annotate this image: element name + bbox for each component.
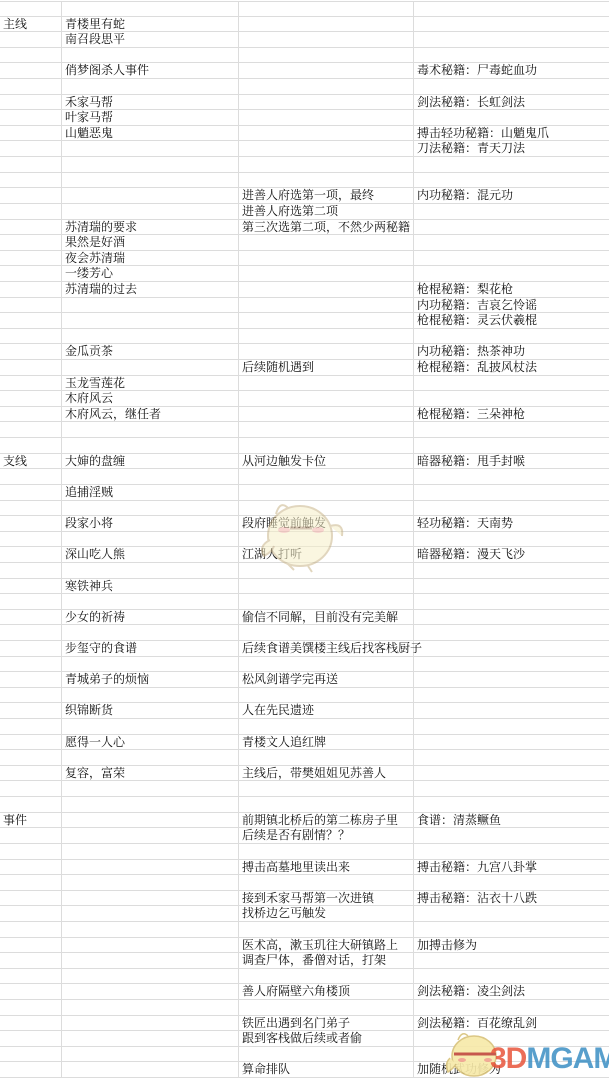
reward-cell[interactable] xyxy=(414,1000,609,1015)
table-row: 善人府隔壁六角楼顶剑法秘籍：凌尘剑法 xyxy=(0,984,609,1000)
reward-cell[interactable]: 毒术秘籍：尸毒蛇血功 xyxy=(414,63,609,78)
note-cell[interactable]: 主线后，带樊姐姐见苏善人 xyxy=(239,766,414,781)
note-cell[interactable] xyxy=(239,344,414,359)
reward-cell[interactable]: 枪棍秘籍：乱披风杖法 xyxy=(414,360,609,375)
reward-cell[interactable] xyxy=(414,750,609,765)
reward-cell[interactable]: 剑法秘籍：凌尘剑法 xyxy=(414,984,609,999)
table-row: 织锦断货人在先民遗迹 xyxy=(0,703,609,719)
reward-cell[interactable] xyxy=(414,625,609,640)
note-cell[interactable]: 医术高，漱玉玑往大研镇路上 xyxy=(239,938,414,953)
quest-cell[interactable] xyxy=(62,781,239,796)
reward-cell[interactable]: 食谱：清蒸鳜鱼 xyxy=(414,813,609,828)
quest-cell[interactable] xyxy=(62,813,239,828)
quest-cell[interactable] xyxy=(62,360,239,375)
note-cell[interactable] xyxy=(239,781,414,796)
category-cell[interactable] xyxy=(0,2,62,16)
reward-cell[interactable]: 剑法秘籍：长虹剑法 xyxy=(414,95,609,110)
note-cell[interactable] xyxy=(239,875,414,890)
reward-cell[interactable] xyxy=(414,766,609,781)
note-cell[interactable] xyxy=(239,157,414,172)
note-cell[interactable] xyxy=(239,563,414,578)
reward-cell[interactable] xyxy=(414,157,609,172)
note-cell[interactable]: 进善人府选第二项 xyxy=(239,204,414,219)
category-cell[interactable] xyxy=(0,891,62,906)
quest-cell[interactable]: 木府风云，继任者 xyxy=(62,407,239,422)
note-cell[interactable] xyxy=(239,719,414,734)
note-cell[interactable] xyxy=(239,391,414,406)
quest-cell[interactable]: 山魈恶鬼 xyxy=(62,126,239,141)
reward-cell[interactable] xyxy=(414,969,609,984)
reward-cell[interactable]: 剑法秘籍：百花缭乱剑 xyxy=(414,1016,609,1031)
quest-cell[interactable] xyxy=(62,625,239,640)
quest-cell[interactable] xyxy=(62,563,239,578)
category-cell[interactable]: 主线 xyxy=(0,17,62,32)
reward-cell[interactable] xyxy=(414,422,609,437)
category-cell[interactable] xyxy=(0,797,62,812)
category-cell[interactable] xyxy=(0,157,62,172)
cell-text: 食谱：清蒸鳜鱼 xyxy=(417,813,501,827)
note-cell[interactable] xyxy=(239,141,414,156)
category-cell[interactable] xyxy=(0,641,62,656)
quest-cell[interactable] xyxy=(62,891,239,906)
reward-cell[interactable]: 内功秘籍：混元功 xyxy=(414,188,609,203)
category-cell[interactable] xyxy=(0,735,62,750)
category-cell[interactable] xyxy=(0,828,62,843)
reward-cell[interactable] xyxy=(414,266,609,281)
quest-cell[interactable]: 愿得一人心 xyxy=(62,735,239,750)
note-cell[interactable] xyxy=(239,79,414,94)
note-cell[interactable] xyxy=(239,422,414,437)
category-cell[interactable] xyxy=(0,391,62,406)
category-cell[interactable]: 支线 xyxy=(0,454,62,469)
reward-cell[interactable] xyxy=(414,438,609,453)
table-row xyxy=(0,688,609,704)
note-cell[interactable] xyxy=(239,282,414,297)
category-cell[interactable] xyxy=(0,969,62,984)
quest-cell[interactable] xyxy=(62,953,239,968)
category-cell[interactable] xyxy=(0,188,62,203)
category-cell[interactable] xyxy=(0,422,62,437)
reward-cell[interactable]: 搏击轻功秘籍：山魈鬼爪 xyxy=(414,126,609,141)
reward-cell[interactable] xyxy=(414,251,609,266)
quest-cell[interactable] xyxy=(62,1062,239,1077)
note-cell[interactable]: 接到禾家马帮第一次进镇 xyxy=(239,891,414,906)
note-cell[interactable] xyxy=(239,110,414,125)
reward-cell[interactable] xyxy=(414,953,609,968)
category-cell[interactable] xyxy=(0,173,62,188)
reward-cell[interactable] xyxy=(414,703,609,718)
category-cell[interactable] xyxy=(0,563,62,578)
quest-cell[interactable]: 俏梦阁杀人事件 xyxy=(62,63,239,78)
quest-cell[interactable] xyxy=(62,922,239,937)
reward-cell[interactable]: 枪棍秘籍：灵云伏羲棍 xyxy=(414,313,609,328)
note-cell[interactable] xyxy=(239,48,414,63)
reward-cell[interactable] xyxy=(414,376,609,391)
category-cell[interactable] xyxy=(0,1062,62,1077)
note-cell[interactable]: 跟到客栈做后续或者偷 xyxy=(239,1031,414,1046)
category-cell[interactable] xyxy=(0,1031,62,1046)
note-cell[interactable] xyxy=(239,235,414,250)
table-row xyxy=(0,329,609,345)
quest-cell[interactable]: 叶家马帮 xyxy=(62,110,239,125)
quest-cell[interactable] xyxy=(62,438,239,453)
table-row: 主线青楼里有蛇 xyxy=(0,17,609,33)
category-cell[interactable] xyxy=(0,501,62,516)
category-cell[interactable] xyxy=(0,204,62,219)
reward-cell[interactable]: 枪棍秘籍：梨花枪 xyxy=(414,282,609,297)
note-cell[interactable]: 铁匠出遇到名门弟子 xyxy=(239,1016,414,1031)
quest-cell[interactable] xyxy=(62,860,239,875)
quest-cell[interactable]: 追捕淫贼 xyxy=(62,485,239,500)
category-cell[interactable] xyxy=(0,141,62,156)
category-cell[interactable] xyxy=(0,32,62,47)
reward-cell[interactable] xyxy=(414,579,609,594)
reward-cell[interactable] xyxy=(414,485,609,500)
category-cell[interactable] xyxy=(0,110,62,125)
quest-cell[interactable] xyxy=(62,1047,239,1062)
reward-cell[interactable] xyxy=(414,875,609,890)
note-cell[interactable]: 青楼文人追红牌 xyxy=(239,735,414,750)
reward-cell[interactable] xyxy=(414,2,609,16)
quest-cell[interactable] xyxy=(62,719,239,734)
quest-cell[interactable] xyxy=(62,969,239,984)
reward-cell[interactable] xyxy=(414,235,609,250)
reward-cell[interactable] xyxy=(414,532,609,547)
quest-cell[interactable]: 苏清瑞的要求 xyxy=(62,220,239,235)
cell-text: 南召段思平 xyxy=(65,32,125,46)
quest-cell[interactable]: 禾家马帮 xyxy=(62,95,239,110)
quest-cell[interactable] xyxy=(62,875,239,890)
quest-cell[interactable]: 青城弟子的烦恼 xyxy=(62,672,239,687)
category-cell[interactable] xyxy=(0,532,62,547)
note-cell[interactable] xyxy=(239,532,414,547)
category-cell[interactable] xyxy=(0,594,62,609)
quest-cell[interactable] xyxy=(62,594,239,609)
quest-cell[interactable] xyxy=(62,79,239,94)
quest-cell[interactable]: 织锦断货 xyxy=(62,703,239,718)
category-cell[interactable] xyxy=(0,282,62,297)
quest-cell[interactable] xyxy=(62,906,239,921)
note-cell[interactable]: 搏击高墓地里读出来 xyxy=(239,860,414,875)
note-cell[interactable] xyxy=(239,313,414,328)
note-cell[interactable]: 找桥边乞丐触发 xyxy=(239,906,414,921)
quest-cell[interactable] xyxy=(62,422,239,437)
quest-cell[interactable] xyxy=(62,501,239,516)
category-cell[interactable] xyxy=(0,703,62,718)
brand-watermark: 3DMGAME xyxy=(490,1042,609,1076)
note-cell[interactable] xyxy=(239,32,414,47)
reward-cell[interactable] xyxy=(414,204,609,219)
quest-cell[interactable]: 大婶的盘缠 xyxy=(62,454,239,469)
quest-cell[interactable]: 步玺守的食谱 xyxy=(62,641,239,656)
reward-cell[interactable] xyxy=(414,173,609,188)
cell-text: 一缕芳心 xyxy=(65,266,113,280)
reward-cell[interactable] xyxy=(414,781,609,796)
note-cell[interactable] xyxy=(239,657,414,672)
table-row: 接到禾家马帮第一次进镇搏击秘籍：沾衣十八跌 xyxy=(0,891,609,907)
reward-cell[interactable] xyxy=(414,657,609,672)
reward-cell[interactable] xyxy=(414,110,609,125)
reward-cell[interactable] xyxy=(414,906,609,921)
quest-cell[interactable] xyxy=(62,329,239,344)
table-row xyxy=(0,532,609,548)
note-cell[interactable] xyxy=(239,298,414,313)
quest-cell[interactable] xyxy=(62,938,239,953)
quest-cell[interactable]: 深山吃人熊 xyxy=(62,547,239,562)
table-row xyxy=(0,422,609,438)
category-cell[interactable] xyxy=(0,875,62,890)
cell-text: 木府风云 xyxy=(65,391,113,405)
quest-cell[interactable] xyxy=(62,984,239,999)
note-cell[interactable] xyxy=(239,844,414,859)
category-cell[interactable] xyxy=(0,48,62,63)
category-cell[interactable] xyxy=(0,657,62,672)
note-cell[interactable]: 江湖人打听 xyxy=(239,547,414,562)
note-cell[interactable] xyxy=(239,1000,414,1015)
reward-cell[interactable] xyxy=(414,610,609,625)
category-cell[interactable] xyxy=(0,360,62,375)
category-cell[interactable] xyxy=(0,688,62,703)
reward-cell[interactable] xyxy=(414,594,609,609)
note-cell[interactable]: 松风剑谱学完再送 xyxy=(239,672,414,687)
note-cell[interactable]: 善人府隔壁六角楼顶 xyxy=(239,984,414,999)
note-cell[interactable] xyxy=(239,95,414,110)
quest-cell[interactable] xyxy=(62,204,239,219)
note-cell[interactable] xyxy=(239,329,414,344)
reward-cell[interactable] xyxy=(414,501,609,516)
category-cell[interactable] xyxy=(0,984,62,999)
note-cell[interactable]: 算命排队 xyxy=(239,1062,414,1077)
cell-text: 追捕淫贼 xyxy=(65,485,113,499)
category-cell[interactable] xyxy=(0,407,62,422)
note-cell[interactable] xyxy=(239,750,414,765)
quest-cell[interactable] xyxy=(62,844,239,859)
category-cell[interactable]: 事件 xyxy=(0,813,62,828)
quest-cell[interactable]: 段家小将 xyxy=(62,516,239,531)
note-cell[interactable] xyxy=(239,63,414,78)
note-cell[interactable]: 后续随机遇到 xyxy=(239,360,414,375)
category-cell[interactable] xyxy=(0,251,62,266)
quest-cell[interactable] xyxy=(62,797,239,812)
reward-cell[interactable]: 轻功秘籍：天南势 xyxy=(414,516,609,531)
reward-cell[interactable]: 加搏击修为 xyxy=(414,938,609,953)
category-cell[interactable] xyxy=(0,79,62,94)
table-row: 南召段思平 xyxy=(0,32,609,48)
note-cell[interactable]: 偷信不同解，目前没有完美解 xyxy=(239,610,414,625)
reward-cell[interactable]: 刀法秘籍：青天刀法 xyxy=(414,141,609,156)
quest-cell[interactable] xyxy=(62,141,239,156)
category-cell[interactable] xyxy=(0,953,62,968)
note-cell[interactable]: 后续食谱美馔楼主线后找客栈厨子 xyxy=(239,641,414,656)
reward-cell[interactable] xyxy=(414,922,609,937)
quest-cell[interactable]: 木府风云 xyxy=(62,391,239,406)
category-cell[interactable] xyxy=(0,376,62,391)
quest-cell[interactable]: 青楼里有蛇 xyxy=(62,17,239,32)
note-cell[interactable] xyxy=(239,688,414,703)
quest-cell[interactable]: 金瓜贡茶 xyxy=(62,344,239,359)
quest-cell[interactable]: 一缕芳心 xyxy=(62,266,239,281)
quest-cell[interactable] xyxy=(62,188,239,203)
note-cell[interactable] xyxy=(239,625,414,640)
note-cell[interactable] xyxy=(239,1047,414,1062)
cell-text: 复容，富荣 xyxy=(65,766,125,780)
reward-cell[interactable] xyxy=(414,79,609,94)
category-cell[interactable] xyxy=(0,235,62,250)
cell-text: 剑法秘籍：百花缭乱剑 xyxy=(417,1016,537,1030)
category-cell[interactable] xyxy=(0,781,62,796)
quest-cell[interactable] xyxy=(62,688,239,703)
category-cell[interactable] xyxy=(0,313,62,328)
quest-cell[interactable] xyxy=(62,2,239,16)
note-cell[interactable]: 第三次选第二项，不然少两秘籍 xyxy=(239,220,414,235)
note-cell[interactable] xyxy=(239,2,414,16)
note-cell[interactable]: 人在先民遗迹 xyxy=(239,703,414,718)
category-cell[interactable] xyxy=(0,298,62,313)
reward-cell[interactable] xyxy=(414,48,609,63)
note-cell[interactable]: 段府睡觉前触发 xyxy=(239,516,414,531)
category-cell[interactable] xyxy=(0,625,62,640)
reward-cell[interactable] xyxy=(414,563,609,578)
category-cell[interactable] xyxy=(0,1016,62,1031)
note-cell[interactable] xyxy=(239,501,414,516)
reward-cell[interactable] xyxy=(414,641,609,656)
reward-cell[interactable] xyxy=(414,17,609,32)
note-cell[interactable] xyxy=(239,594,414,609)
reward-cell[interactable] xyxy=(414,672,609,687)
quest-cell[interactable] xyxy=(62,298,239,313)
quest-cell[interactable] xyxy=(62,313,239,328)
reward-cell[interactable] xyxy=(414,469,609,484)
quest-cell[interactable] xyxy=(62,750,239,765)
note-cell[interactable] xyxy=(239,173,414,188)
category-cell[interactable] xyxy=(0,906,62,921)
reward-cell[interactable]: 搏击秘籍：沾衣十八跌 xyxy=(414,891,609,906)
quest-cell[interactable]: 少女的祈祷 xyxy=(62,610,239,625)
quest-cell[interactable]: 南召段思平 xyxy=(62,32,239,47)
quest-cell[interactable]: 寒铁神兵 xyxy=(62,579,239,594)
table-row xyxy=(0,750,609,766)
category-cell[interactable] xyxy=(0,266,62,281)
note-cell[interactable] xyxy=(239,469,414,484)
category-cell[interactable] xyxy=(0,1047,62,1062)
cell-text: 善人府隔壁六角楼顶 xyxy=(242,984,350,998)
table-row: 找桥边乞丐触发 xyxy=(0,906,609,922)
category-cell[interactable] xyxy=(0,750,62,765)
category-cell[interactable] xyxy=(0,220,62,235)
category-cell[interactable] xyxy=(0,516,62,531)
category-cell[interactable] xyxy=(0,344,62,359)
reward-cell[interactable]: 暗器秘籍：甩手封喉 xyxy=(414,454,609,469)
quest-cell[interactable]: 夜会苏清瑞 xyxy=(62,251,239,266)
category-cell[interactable] xyxy=(0,719,62,734)
category-cell[interactable] xyxy=(0,766,62,781)
table-row xyxy=(0,48,609,64)
category-cell[interactable] xyxy=(0,329,62,344)
note-cell[interactable] xyxy=(239,579,414,594)
reward-cell[interactable]: 枪棍秘籍：三朵神枪 xyxy=(414,407,609,422)
quest-cell[interactable] xyxy=(62,157,239,172)
note-cell[interactable] xyxy=(239,17,414,32)
quest-cell[interactable]: 苏清瑞的过去 xyxy=(62,282,239,297)
category-cell[interactable] xyxy=(0,485,62,500)
quest-cell[interactable] xyxy=(62,532,239,547)
reward-cell[interactable]: 暗器秘籍：漫天飞沙 xyxy=(414,547,609,562)
category-cell[interactable] xyxy=(0,860,62,875)
note-cell[interactable] xyxy=(239,922,414,937)
note-cell[interactable] xyxy=(239,797,414,812)
reward-cell[interactable] xyxy=(414,220,609,235)
note-cell[interactable] xyxy=(239,485,414,500)
reward-cell[interactable] xyxy=(414,329,609,344)
quest-cell[interactable] xyxy=(62,1016,239,1031)
category-cell[interactable] xyxy=(0,610,62,625)
reward-cell[interactable] xyxy=(414,719,609,734)
category-cell[interactable] xyxy=(0,938,62,953)
note-cell[interactable] xyxy=(239,126,414,141)
note-cell[interactable]: 前期镇北桥后的第二栋房子里 xyxy=(239,813,414,828)
category-cell[interactable] xyxy=(0,1000,62,1015)
quest-cell[interactable] xyxy=(62,828,239,843)
category-cell[interactable] xyxy=(0,438,62,453)
category-cell[interactable] xyxy=(0,547,62,562)
category-cell[interactable] xyxy=(0,95,62,110)
note-cell[interactable]: 后续是否有剧情？？ xyxy=(239,828,414,843)
category-cell[interactable] xyxy=(0,672,62,687)
note-cell[interactable] xyxy=(239,251,414,266)
reward-cell[interactable] xyxy=(414,797,609,812)
quest-cell[interactable]: 果然是好酒 xyxy=(62,235,239,250)
quest-cell[interactable] xyxy=(62,469,239,484)
category-cell[interactable] xyxy=(0,469,62,484)
cell-text: 玉龙雪莲花 xyxy=(65,376,125,390)
reward-cell[interactable]: 搏击秘籍：九宫八卦掌 xyxy=(414,860,609,875)
note-cell[interactable]: 从河边触发卡位 xyxy=(239,454,414,469)
quest-cell[interactable]: 玉龙雪莲花 xyxy=(62,376,239,391)
quest-cell[interactable] xyxy=(62,1000,239,1015)
quest-cell[interactable] xyxy=(62,173,239,188)
reward-cell[interactable] xyxy=(414,735,609,750)
category-cell[interactable] xyxy=(0,922,62,937)
note-cell[interactable]: 调查尸体，番僧对话，打架 xyxy=(239,953,414,968)
note-cell[interactable] xyxy=(239,376,414,391)
reward-cell[interactable] xyxy=(414,844,609,859)
note-cell[interactable] xyxy=(239,407,414,422)
quest-cell[interactable] xyxy=(62,1031,239,1046)
quest-cell[interactable] xyxy=(62,48,239,63)
reward-cell[interactable] xyxy=(414,391,609,406)
cell-text: 松风剑谱学完再送 xyxy=(242,672,338,686)
category-cell[interactable] xyxy=(0,844,62,859)
quest-cell[interactable]: 复容，富荣 xyxy=(62,766,239,781)
note-cell[interactable] xyxy=(239,969,414,984)
quest-cell[interactable] xyxy=(62,657,239,672)
cell-text: 进善人府选第二项 xyxy=(242,204,338,218)
table-row xyxy=(0,157,609,173)
reward-cell[interactable] xyxy=(414,828,609,843)
reward-cell[interactable] xyxy=(414,32,609,47)
note-cell[interactable]: 进善人府选第一项，最终 xyxy=(239,188,414,203)
reward-cell[interactable]: 内功秘籍：热茶神功 xyxy=(414,344,609,359)
category-cell[interactable] xyxy=(0,63,62,78)
category-cell[interactable] xyxy=(0,579,62,594)
reward-cell[interactable]: 内功秘籍：吉哀乞怜谣 xyxy=(414,298,609,313)
category-cell[interactable] xyxy=(0,126,62,141)
reward-cell[interactable] xyxy=(414,688,609,703)
table-row xyxy=(0,563,609,579)
note-cell[interactable] xyxy=(239,266,414,281)
cell-text: 枪棍秘籍：梨花枪 xyxy=(417,282,513,296)
note-cell[interactable] xyxy=(239,438,414,453)
